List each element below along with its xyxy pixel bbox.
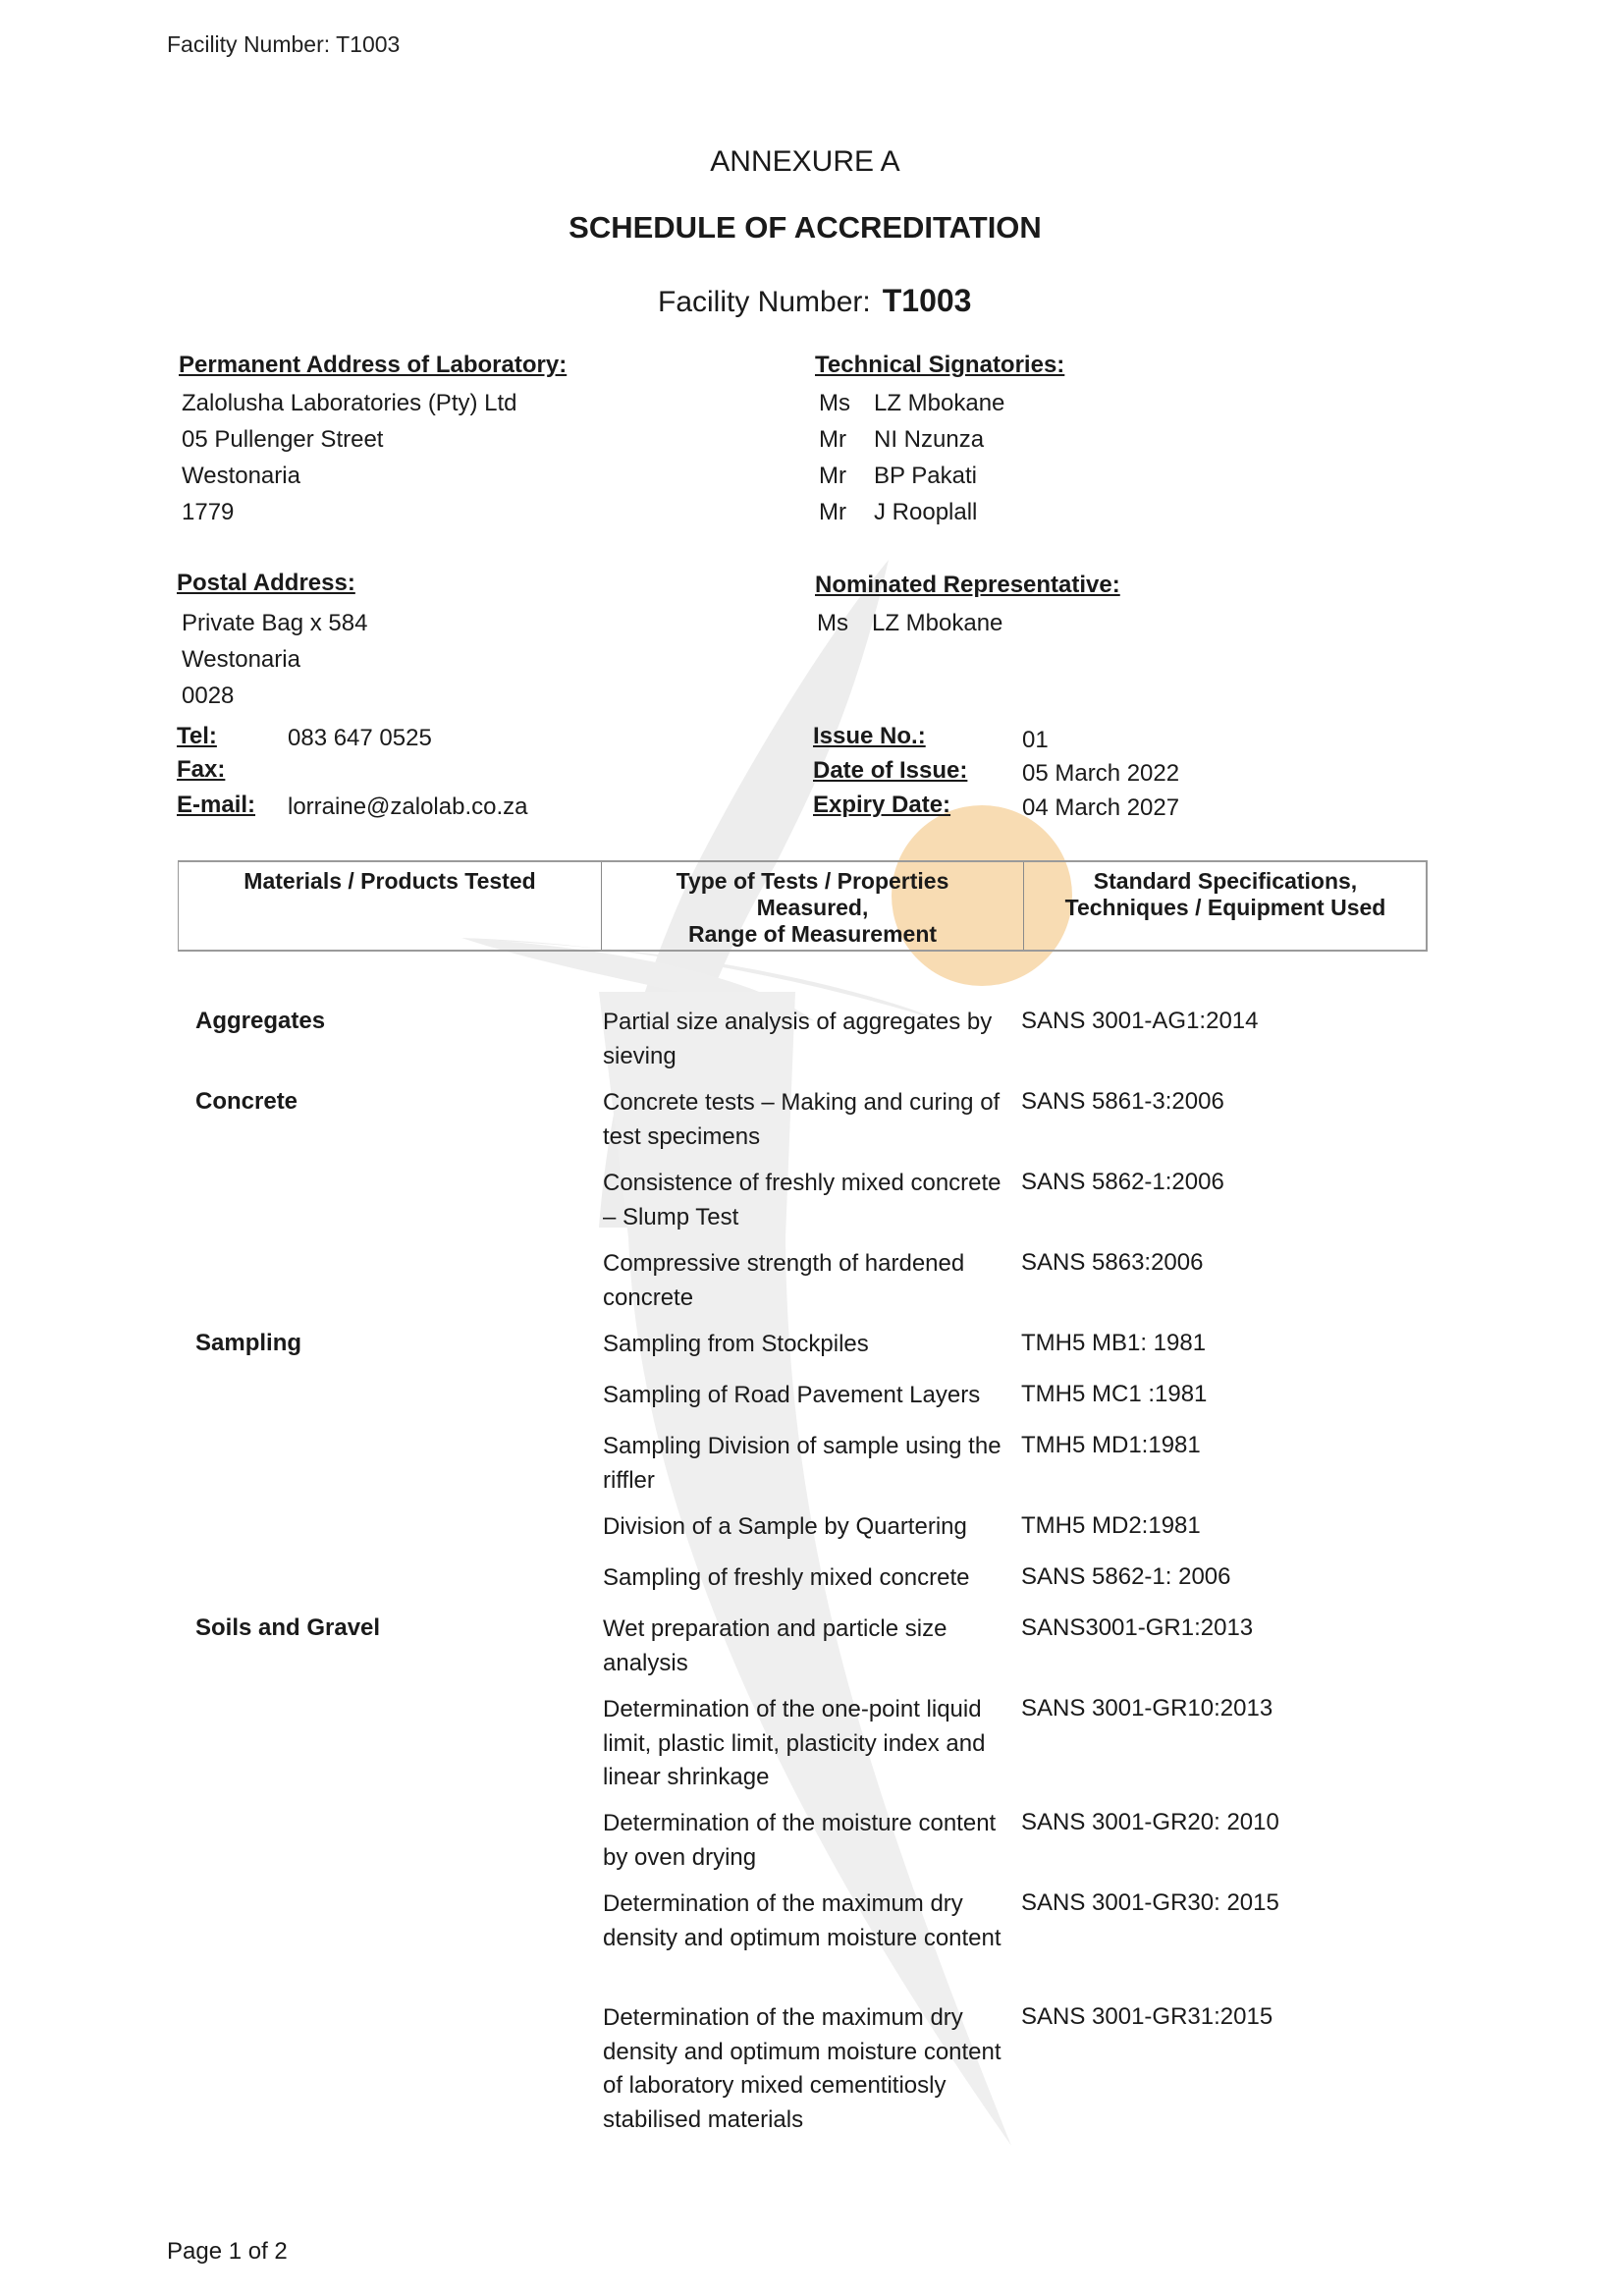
date-of-issue-value: 05 March 2022 [1022, 760, 1179, 788]
postal-address-heading: Postal Address: [177, 570, 367, 597]
facility-number-label: Facility Number: [658, 286, 871, 318]
email-label: E-mail: [177, 792, 255, 819]
signatory-name: NI Nzunza [874, 426, 984, 453]
signatory-name: J Rooplall [874, 499, 977, 525]
schedule-title: SCHEDULE OF ACCREDITATION [0, 210, 1610, 246]
permanent-address-heading: Permanent Address of Laboratory: [179, 352, 567, 379]
standard-cell: TMH5 MB1: 1981 [1021, 1330, 1206, 1357]
expiry-date-label: Expiry Date: [813, 792, 950, 819]
signatory-item: MrBP Pakati [819, 458, 1064, 494]
signatory-item: MrJ Rooplall [819, 494, 1064, 530]
test-cell: Wet preparation and particle size analys… [603, 1613, 1005, 1680]
test-cell: Determination of the moisture content by… [603, 1807, 1005, 1875]
nominated-representative-heading: Nominated Representative: [815, 572, 1120, 599]
signatory-item: MrNI Nzunza [819, 421, 1064, 458]
column-header-tests: Type of Tests / Properties Measured, Ran… [601, 862, 1023, 950]
permanent-address-line: 05 Pullenger Street [182, 421, 567, 458]
test-cell: Partial size analysis of aggregates by s… [603, 1006, 1005, 1073]
column-header-materials: Materials / Products Tested [179, 862, 601, 950]
expiry-date-value: 04 March 2027 [1022, 794, 1179, 822]
postal-address-line: Private Bag x 584 [182, 605, 367, 641]
test-cell: Sampling from Stockpiles [603, 1328, 1005, 1362]
issue-no-label: Issue No.: [813, 723, 926, 750]
nominated-representative-item: MsLZ Mbokane [815, 605, 1120, 641]
test-cell: Determination of the maximum dry density… [603, 1887, 1005, 1955]
test-cell: Consistence of freshly mixed concrete – … [603, 1167, 1005, 1234]
test-cell: Sampling of freshly mixed concrete [603, 1561, 1005, 1596]
column-header-line: Materials / Products Tested [179, 868, 601, 895]
material-cell: Concrete [195, 1088, 298, 1116]
issue-no-value: 01 [1022, 727, 1049, 754]
technical-signatories-block: Technical Signatories: MsLZ Mbokane MrNI… [815, 352, 1064, 530]
standard-cell: SANS 5862-1:2006 [1021, 1169, 1224, 1196]
material-cell: Sampling [195, 1330, 301, 1357]
column-header-line: Measured, [602, 895, 1023, 921]
annexure-title: ANNEXURE A [0, 145, 1610, 179]
standard-cell: SANS 3001-GR30: 2015 [1021, 1889, 1279, 1917]
date-of-issue-label: Date of Issue: [813, 757, 967, 785]
representative-title: Ms [817, 605, 872, 641]
material-cell: Soils and Gravel [195, 1614, 380, 1642]
standard-cell: SANS 5862-1: 2006 [1021, 1563, 1230, 1591]
signatory-name: LZ Mbokane [874, 390, 1004, 416]
standard-cell: SANS 5861-3:2006 [1021, 1088, 1224, 1116]
standard-cell: TMH5 MD1:1981 [1021, 1432, 1201, 1459]
test-cell: Compressive strength of hardened concret… [603, 1247, 1005, 1315]
table-header: Materials / Products Tested Type of Test… [178, 860, 1428, 952]
permanent-address-line: Zalolusha Laboratories (Pty) Ltd [182, 385, 567, 421]
page-number: Page 1 of 2 [167, 2238, 288, 2266]
postal-address-line: Westonaria [182, 641, 367, 678]
signatory-title: Mr [819, 421, 874, 458]
standard-cell: TMH5 MC1 :1981 [1021, 1381, 1207, 1408]
representative-name: LZ Mbokane [872, 610, 1002, 636]
permanent-address-line: Westonaria [182, 458, 567, 494]
column-header-standards: Standard Specifications, Techniques / Eq… [1023, 862, 1427, 950]
standard-cell: TMH5 MD2:1981 [1021, 1512, 1201, 1540]
standard-cell: SANS 5863:2006 [1021, 1249, 1203, 1277]
material-cell: Aggregates [195, 1008, 325, 1035]
signatory-item: MsLZ Mbokane [819, 385, 1064, 421]
facility-number-line: Facility Number:T1003 [658, 283, 971, 319]
test-cell: Concrete tests – Making and curing of te… [603, 1086, 1005, 1154]
header-facility-number: Facility Number: T1003 [167, 31, 400, 58]
column-header-line: Standard Specifications, [1024, 868, 1427, 895]
email-value[interactable]: lorraine@zalolab.co.za [288, 793, 528, 821]
column-header-line: Techniques / Equipment Used [1024, 895, 1427, 921]
postal-address-line: 0028 [182, 678, 367, 714]
standard-cell: SANS 3001-GR10:2013 [1021, 1695, 1272, 1722]
test-cell: Division of a Sample by Quartering [603, 1510, 1005, 1545]
nominated-representative-block: Nominated Representative: MsLZ Mbokane [815, 572, 1120, 641]
test-cell: Determination of the one-point liquid li… [603, 1693, 1005, 1795]
standard-cell: SANS 3001-GR31:2015 [1021, 2003, 1272, 2031]
signatory-title: Ms [819, 385, 874, 421]
tel-label: Tel: [177, 723, 217, 750]
technical-signatories-heading: Technical Signatories: [815, 352, 1064, 379]
facility-number-value: T1003 [883, 283, 972, 318]
test-cell: Determination of the maximum dry density… [603, 2001, 1005, 2137]
test-cell: Sampling of Road Pavement Layers [603, 1379, 1005, 1413]
fax-label: Fax: [177, 756, 225, 784]
test-cell: Sampling Division of sample using the ri… [603, 1430, 1005, 1498]
column-header-line: Type of Tests / Properties [602, 868, 1023, 895]
signatory-title: Mr [819, 458, 874, 494]
permanent-address-line: 1779 [182, 494, 567, 530]
column-header-line: Range of Measurement [602, 921, 1023, 948]
standard-cell: SANS 3001-AG1:2014 [1021, 1008, 1259, 1035]
standard-cell: SANS 3001-GR20: 2010 [1021, 1809, 1279, 1836]
postal-address-block: Postal Address: Private Bag x 584 Weston… [177, 570, 367, 714]
signatory-name: BP Pakati [874, 463, 977, 489]
signatory-title: Mr [819, 494, 874, 530]
permanent-address-block: Permanent Address of Laboratory: Zalolus… [179, 352, 567, 530]
tel-value: 083 647 0525 [288, 725, 432, 752]
standard-cell: SANS3001-GR1:2013 [1021, 1614, 1253, 1642]
